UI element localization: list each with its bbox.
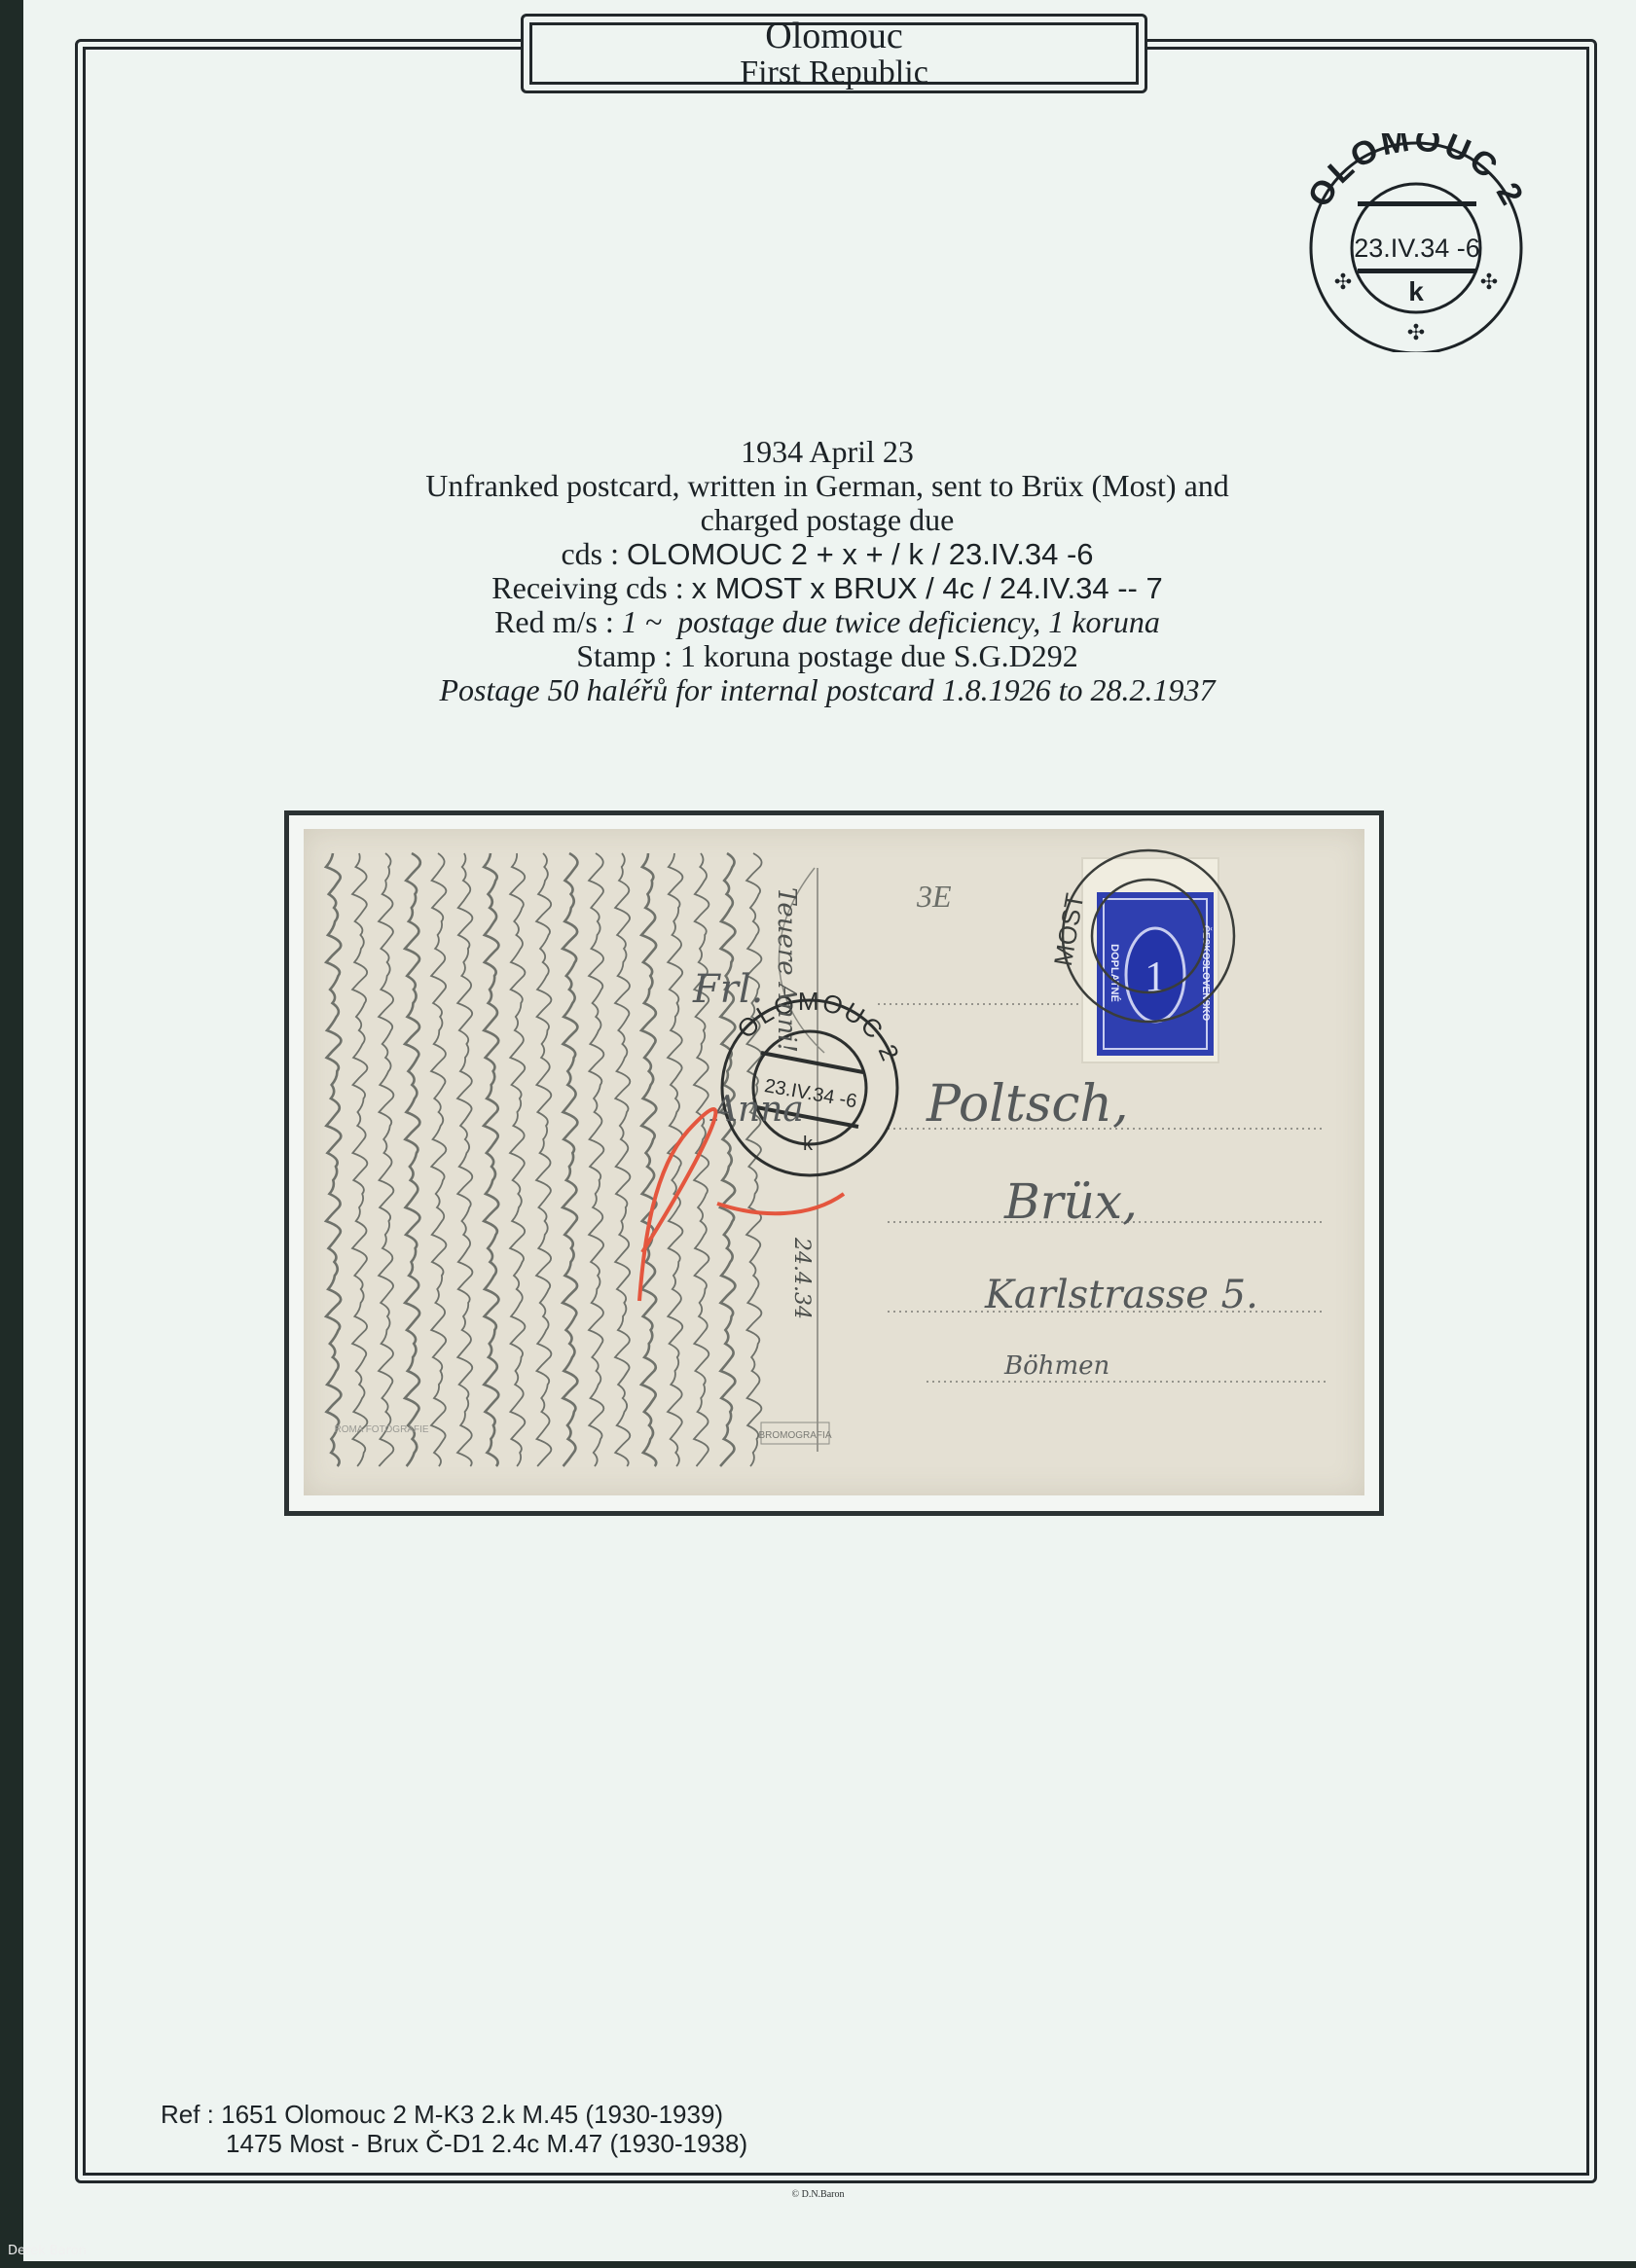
postage-line: Postage 50 haléřů for internal postcard … (195, 673, 1460, 707)
summary-line-1: Unfranked postcard, written in German, s… (195, 469, 1460, 503)
postcard-image: 3E 1 ČESKOSLOVENSKO DOPLATNÉ MOST OLOMOU… (304, 829, 1364, 1495)
scan-edge-left (0, 0, 23, 2268)
printer-mark-bromografia: BROMOGRAFIA (758, 1430, 831, 1441)
red-ms-line: Red m/s : 1 ~ postage due twice deficien… (195, 605, 1460, 639)
reference-line-1: Ref : 1651 Olomouc 2 M-K3 2.k M.45 (1930… (161, 2100, 747, 2129)
stamp-line: Stamp : 1 koruna postage due S.G.D292 (195, 639, 1460, 673)
printer-mark-roma: ROMA FOTOGRAFIE (334, 1424, 428, 1435)
postmark-date: 23.IV.34 -6 (1354, 234, 1480, 263)
stamp-country: ČESKOSLOVENSKO (1200, 925, 1213, 1022)
red-ms-label: Red m/s : (494, 604, 622, 639)
salutation: Teuere Anni! (772, 887, 801, 1053)
copyright: © D.N.Baron (0, 2189, 1636, 2200)
item-description: 1934 April 23 Unfranked postcard, writte… (195, 435, 1460, 707)
scan-edge-bottom (0, 2261, 1636, 2268)
red-ms-value: postage due twice deficiency, 1 koruna (677, 604, 1160, 639)
title-box: Olomouc First Republic (521, 14, 1147, 93)
page-title: Olomouc (765, 18, 902, 54)
receiving-value: x MOST x BRUX / 4c / 24.IV.34 -- 7 (692, 571, 1163, 605)
svg-text:Poltsch,: Poltsch, (926, 1075, 1129, 1134)
reference-line-2: 1475 Most - Brux Č-D1 2.4c M.47 (1930-19… (161, 2129, 747, 2158)
watermark: Derek Baron (8, 2244, 87, 2258)
pencil-note: 3E (916, 879, 952, 914)
postcard-drawing: 3E 1 ČESKOSLOVENSKO DOPLATNÉ MOST OLOMOU… (304, 829, 1364, 1495)
svg-text:Frl.: Frl. (692, 967, 763, 1012)
svg-text:Anna: Anna (709, 1090, 804, 1130)
origin-postmark-code: k (803, 1134, 814, 1155)
cds-line: cds : OLOMOUC 2 + x + / k / 23.IV.34 -6 (195, 537, 1460, 571)
svg-text:Karlstrasse 5.: Karlstrasse 5. (984, 1273, 1258, 1317)
cds-value: OLOMOUC 2 + x + / k / 23.IV.34 -6 (627, 537, 1094, 571)
svg-text:Brüx,: Brüx, (1003, 1173, 1138, 1230)
red-ms-mark: 1 ~ (622, 604, 662, 639)
date-note: 24.4.34 (789, 1237, 814, 1319)
receiving-cds-line: Receiving cds : x MOST x BRUX / 4c / 24.… (195, 571, 1460, 605)
stamp-label: DOPLATNÉ (1109, 944, 1121, 1002)
postmark-code: k (1408, 276, 1424, 306)
cds-label: cds : (561, 536, 627, 571)
postmark-drawing: OLOMOUC 2 23.IV.34 -6 k ✣ ✣ ✣ (1290, 133, 1543, 352)
ornament-left-icon: ✣ (1334, 270, 1352, 294)
references: Ref : 1651 Olomouc 2 M-K3 2.k M.45 (1930… (161, 2100, 747, 2158)
page-subtitle: First Republic (740, 56, 928, 90)
postmark-illustration: OLOMOUC 2 23.IV.34 -6 k ✣ ✣ ✣ (1290, 133, 1543, 352)
receiving-label: Receiving cds : (491, 570, 691, 605)
ornament-right-icon: ✣ (1480, 270, 1498, 294)
svg-text:Böhmen: Böhmen (1003, 1351, 1109, 1381)
ornament-bottom-icon: ✣ (1407, 320, 1425, 344)
date-line: 1934 April 23 (195, 435, 1460, 469)
summary-line-2: charged postage due (195, 503, 1460, 537)
